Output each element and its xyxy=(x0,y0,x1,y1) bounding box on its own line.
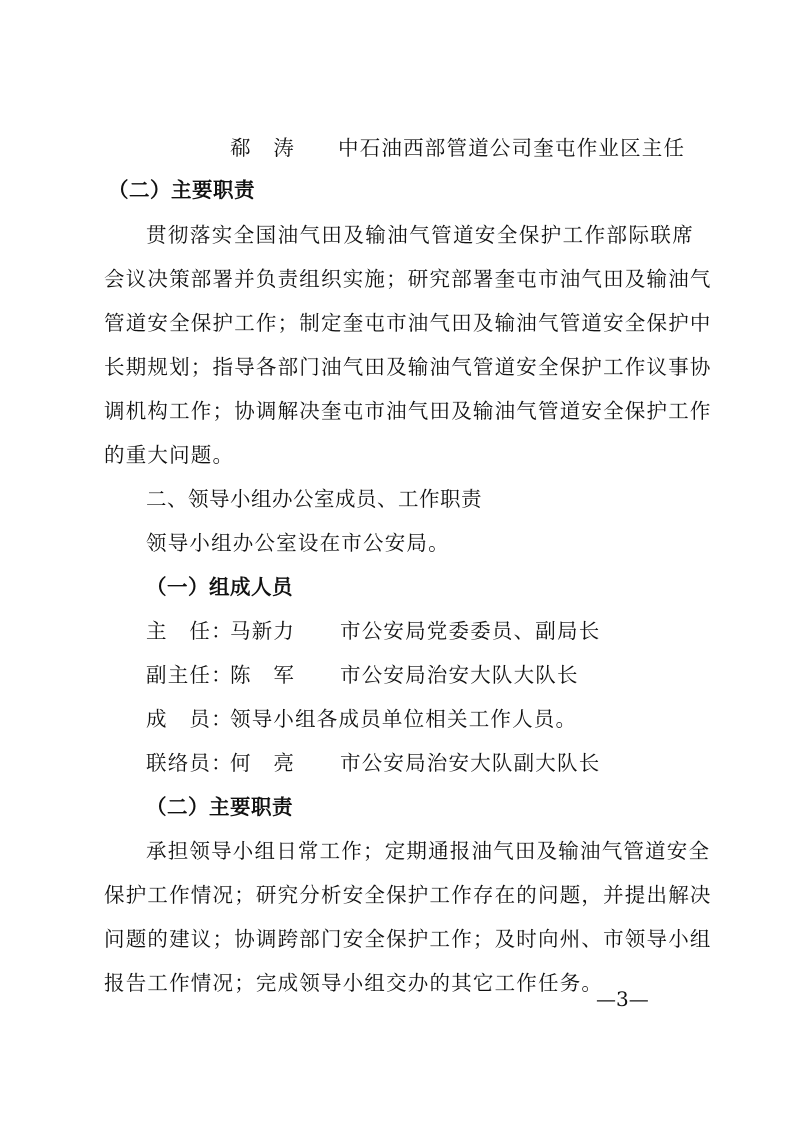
member-name: 郗 涛 xyxy=(230,134,295,162)
section-heading-office-duties: （二）主要职责 xyxy=(146,793,736,821)
paragraph-line: 长期规划；指导各部门油气田及输油气管道安全保护工作议事协 xyxy=(104,353,694,381)
paragraph-line: 问题的建议；协调跨部门安全保护工作；及时向州、市领导小组 xyxy=(104,925,694,953)
paragraph-line: 管道安全保护工作；制定奎屯市油气田及输油气管道安全保护中 xyxy=(104,309,694,337)
member-role: 成 员： xyxy=(146,705,233,733)
office-location-text: 领导小组办公室设在市公安局。 xyxy=(146,529,736,557)
member-name: 何 亮 xyxy=(230,749,295,777)
paragraph-line: 调机构工作；协调解决奎屯市油气田及输油气管道安全保护工作 xyxy=(104,397,694,425)
page-number: —3— xyxy=(596,985,649,1013)
section-heading-composition: （一）组成人员 xyxy=(146,573,736,601)
member-title: 市公安局治安大队副大队长 xyxy=(340,749,600,777)
section-heading-main-duties: （二）主要职责 xyxy=(108,176,698,204)
member-name: 领导小组各成员单位相关工作人员。 xyxy=(230,705,577,733)
member-role: 联络员： xyxy=(146,749,233,777)
member-role: 副主任： xyxy=(146,661,233,689)
paragraph-line: 承担领导小组日常工作；定期通报油气田及输油气管道安全 xyxy=(146,837,694,865)
member-title: 市公安局党委委员、副局长 xyxy=(340,617,600,645)
section-heading-office: 二、领导小组办公室成员、工作职责 xyxy=(146,485,736,513)
member-name: 陈 军 xyxy=(230,661,295,689)
member-role: 主 任： xyxy=(146,617,233,645)
member-title: 中石油西部管道公司奎屯作业区主任 xyxy=(338,134,685,162)
paragraph-line: 保护工作情况；研究分析安全保护工作存在的问题，并提出解决 xyxy=(104,881,694,909)
paragraph-line: 贯彻落实全国油气田及输油气管道安全保护工作部际联席 xyxy=(146,221,694,249)
member-title: 市公安局治安大队大队长 xyxy=(340,661,579,689)
paragraph-line: 的重大问题。 xyxy=(104,441,694,469)
paragraph-line: 会议决策部署并负责组织实施；研究部署奎屯市油气田及输油气 xyxy=(104,265,694,293)
member-name: 马新力 xyxy=(230,617,295,645)
